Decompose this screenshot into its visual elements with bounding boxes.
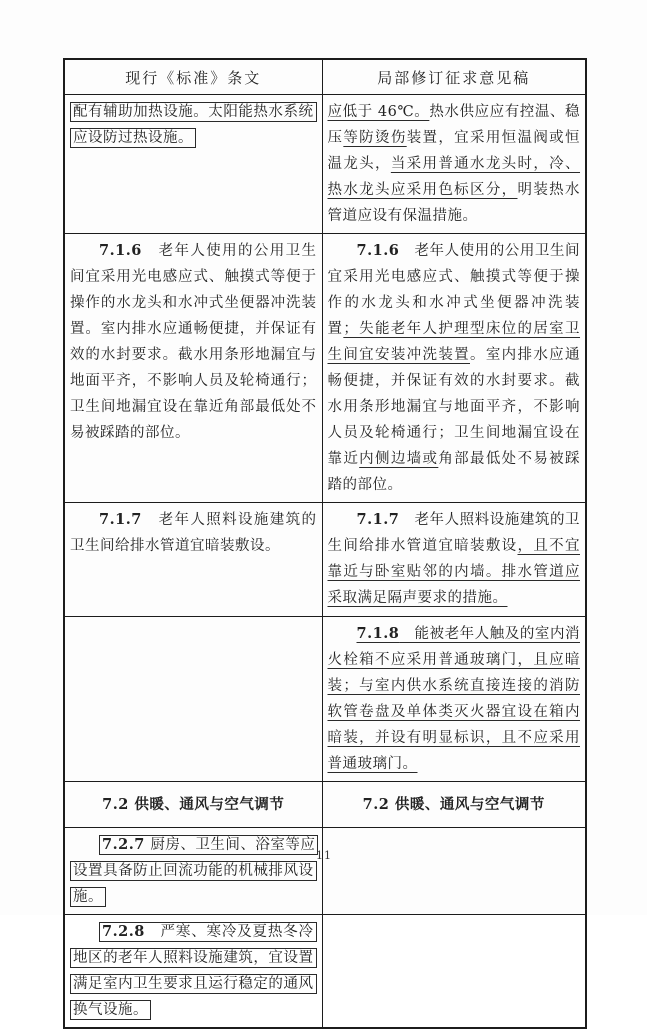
row-7-2-7-cell-right — [322, 828, 586, 915]
row-7-2-7: 7.2.7 厨房、卫生间、浴室等应设置具备防止回流功能的机械排风设施。 — [64, 828, 586, 915]
paragraph: 7.1.6 老年人使用的公用卫生间宜采用光电感应式、触摸式等便于操作的水龙头和水… — [328, 238, 581, 498]
inserted-text: 能被老年人触及的室内消火栓箱不应采用普通玻璃门，且应暗装；与室内供水系统直接连接… — [328, 626, 581, 772]
text-segment: 老年人使用的公用卫生间宜采用光电感应式、触摸式等便于操作的水龙头和水冲式坐便器冲… — [70, 243, 317, 441]
row-7-1-8-cell-left — [64, 617, 322, 782]
row-7-1-6-cell-right: 7.1.6 老年人使用的公用卫生间宜采用光电感应式、触摸式等便于操作的水龙头和水… — [322, 234, 586, 503]
row-7-2-8: 7.2.8 严寒、寒冷及夏热冬冷地区的老年人照料设施建筑，宜设置满足室内卫生要求… — [64, 915, 586, 1029]
row-continuation-cell-right: 应低于 46℃。热水供应应有控温、稳压等防烫伤装置，宜采用恒温阀或恒温龙头，当采… — [322, 95, 586, 234]
row-7-2-heading-cell-left: 7.2 供暖、通风与空气调节 — [64, 782, 322, 828]
text-segment: 7.2 供暖、通风与空气调节 — [363, 796, 545, 813]
deleted-text-box: 7.2.8 严寒、寒冷及夏热冬冷地区的老年人照料设施建筑，宜设置满足室内卫生要求… — [70, 922, 317, 1020]
deleted-text-box: 配有辅助加热设施。太阳能热水系统应设防过热设施。 — [70, 102, 317, 148]
paragraph: 7.1.8 能被老年人触及的室内消火栓箱不应采用普通玻璃门，且应暗装；与室内供水… — [328, 621, 581, 777]
row-7-1-7-cell-right: 7.1.7 老年人照料设施建筑的卫生间给排水管道宜暗装敷设，且不宜靠近与卧室贴邻… — [322, 503, 586, 617]
document-page: 现行《标准》条文 局部修订征求意见稿 配有辅助加热设施。太阳能热水系统应设防过热… — [0, 0, 647, 915]
paragraph: 7.2.8 严寒、寒冷及夏热冬冷地区的老年人照料设施建筑，宜设置满足室内卫生要求… — [70, 919, 317, 1023]
text-segment: 7.1.7 — [99, 511, 142, 528]
paragraph: 7.2.7 厨房、卫生间、浴室等应设置具备防止回流功能的机械排风设施。 — [70, 832, 317, 910]
row-7-1-6: 7.1.6 老年人使用的公用卫生间宜采用光电感应式、触摸式等便于操作的水龙头和水… — [64, 234, 586, 503]
text-segment: 7.1.6 — [357, 242, 400, 259]
text-segment: 7.1.7 — [357, 511, 400, 528]
column-header-revision-draft: 局部修订征求意见稿 — [322, 59, 586, 95]
inserted-text: 7.1.8 — [357, 625, 400, 642]
column-header-current-standard: 现行《标准》条文 — [64, 59, 322, 95]
text-segment: 7.1.6 — [99, 242, 142, 259]
paragraph: 7.2 供暖、通风与空气调节 — [328, 792, 581, 818]
row-7-2-7-cell-left: 7.2.7 厨房、卫生间、浴室等应设置具备防止回流功能的机械排风设施。 — [64, 828, 322, 915]
table-header: 现行《标准》条文 局部修订征求意见稿 — [64, 59, 586, 95]
header-row: 现行《标准》条文 局部修订征求意见稿 — [64, 59, 586, 95]
row-continuation-cell-left: 配有辅助加热设施。太阳能热水系统应设防过热设施。 — [64, 95, 322, 234]
text-segment: 。室内排水应通畅便捷，并保证有效的水封要求。截水用条形地漏宜与地面平齐，不影响人… — [328, 347, 581, 467]
row-7-1-8: 7.1.8 能被老年人触及的室内消火栓箱不应采用普通玻璃门，且应暗装；与室内供水… — [64, 617, 586, 782]
inserted-text: 等防烫伤 — [343, 130, 406, 146]
text-segment: 7.2.8 — [102, 923, 145, 940]
row-7-1-8-cell-right: 7.1.8 能被老年人触及的室内消火栓箱不应采用普通玻璃门，且应暗装；与室内供水… — [322, 617, 586, 782]
inserted-text: 内侧边墙或 — [359, 451, 438, 467]
row-7-2-heading: 7.2 供暖、通风与空气调节7.2 供暖、通风与空气调节 — [64, 782, 586, 828]
row-7-2-heading-cell-right: 7.2 供暖、通风与空气调节 — [322, 782, 586, 828]
page-number: 11 — [63, 849, 585, 862]
table-body: 配有辅助加热设施。太阳能热水系统应设防过热设施。应低于 46℃。热水供应应有控温… — [64, 95, 586, 1029]
row-7-2-8-cell-right — [322, 915, 586, 1029]
row-7-1-6-cell-left: 7.1.6 老年人使用的公用卫生间宜采用光电感应式、触摸式等便于操作的水龙头和水… — [64, 234, 322, 503]
text-segment: 配有辅助加热设施。太阳能热水系统应设防过热设施。 — [73, 104, 314, 146]
paragraph: 7.1.7 老年人照料设施建筑的卫生间给排水管道宜暗装敷设，且不宜靠近与卧室贴邻… — [328, 507, 581, 611]
row-continuation: 配有辅助加热设施。太阳能热水系统应设防过热设施。应低于 46℃。热水供应应有控温… — [64, 95, 586, 234]
paragraph: 7.1.7 老年人照料设施建筑的卫生间给排水管道宜暗装敷设。 — [70, 507, 317, 559]
inserted-text: 应低于 46℃。 — [328, 104, 430, 120]
text-segment: 7.2 供暖、通风与空气调节 — [102, 796, 284, 813]
paragraph: 应低于 46℃。热水供应应有控温、稳压等防烫伤装置，宜采用恒温阀或恒温龙头，当采… — [328, 99, 581, 229]
row-7-1-7-cell-left: 7.1.7 老年人照料设施建筑的卫生间给排水管道宜暗装敷设。 — [64, 503, 322, 617]
paragraph: 配有辅助加热设施。太阳能热水系统应设防过热设施。 — [70, 99, 317, 151]
paragraph: 7.1.6 老年人使用的公用卫生间宜采用光电感应式、触摸式等便于操作的水龙头和水… — [70, 238, 317, 446]
paragraph: 7.2 供暖、通风与空气调节 — [70, 792, 317, 818]
row-7-2-8-cell-left: 7.2.8 严寒、寒冷及夏热冬冷地区的老年人照料设施建筑，宜设置满足室内卫生要求… — [64, 915, 322, 1029]
deleted-text-box: 7.2.7 厨房、卫生间、浴室等应设置具备防止回流功能的机械排风设施。 — [70, 835, 318, 907]
row-7-1-7: 7.1.7 老年人照料设施建筑的卫生间给排水管道宜暗装敷设。7.1.7 老年人照… — [64, 503, 586, 617]
revision-comparison-table: 现行《标准》条文 局部修订征求意见稿 配有辅助加热设施。太阳能热水系统应设防过热… — [63, 58, 587, 1029]
